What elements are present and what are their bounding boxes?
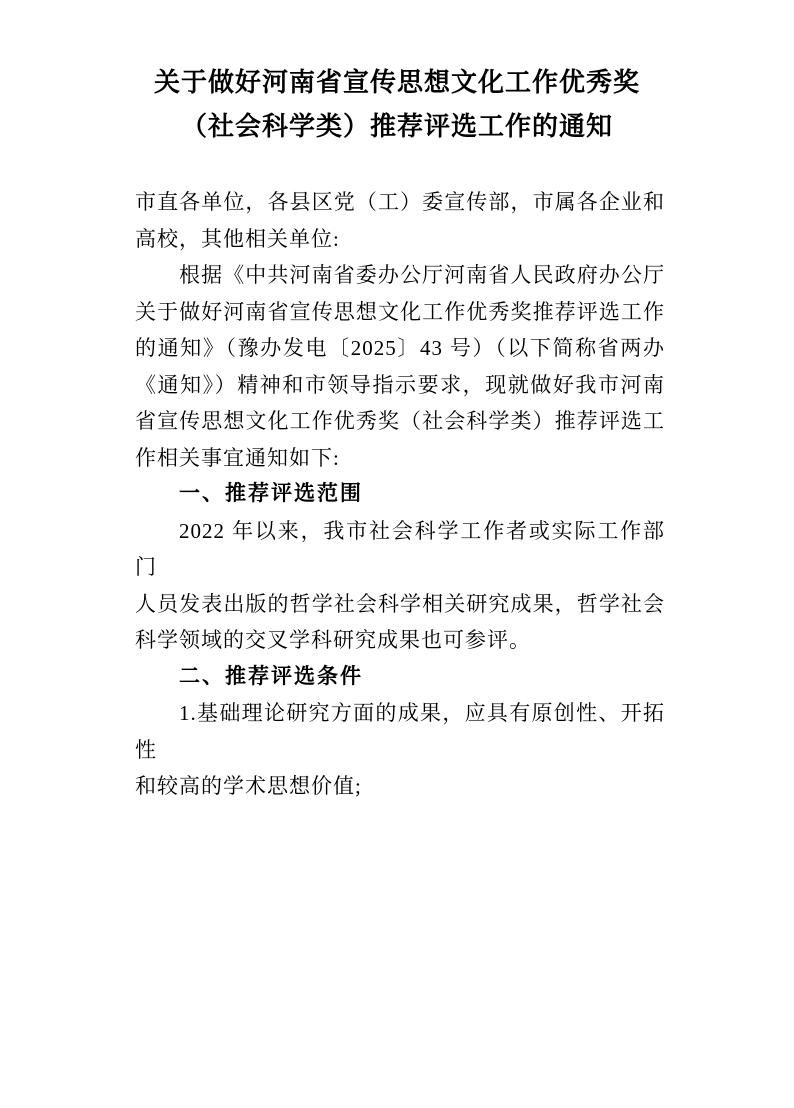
section-heading: 二、推荐评选条件 [135, 659, 665, 696]
document-line: 市直各单位，各县区党（工）委宣传部，市属各企业和 [135, 184, 665, 221]
document-line: 高校，其他相关单位: [135, 221, 665, 258]
document-title-line: （社会科学类）推荐评选工作的通知 [0, 105, 794, 149]
document-line: 《通知》）精神和市领导指示要求，现就做好我市河南 [135, 367, 665, 404]
document-title: 关于做好河南省宣传思想文化工作优秀奖 （社会科学类）推荐评选工作的通知 [0, 61, 794, 149]
document-page: 关于做好河南省宣传思想文化工作优秀奖 （社会科学类）推荐评选工作的通知 市直各单… [0, 0, 794, 1108]
document-line: 关于做好河南省宣传思想文化工作优秀奖推荐评选工作 [135, 294, 665, 331]
document-line: 2022 年以来，我市社会科学工作者或实际工作部门 [135, 513, 665, 586]
document-line: 1.基础理论研究方面的成果，应具有原创性、开拓性 [135, 695, 665, 768]
document-line: 和较高的学术思想价值; [135, 768, 665, 805]
document-line: 人员发表出版的哲学社会科学相关研究成果，哲学社会 [135, 586, 665, 623]
document-line: 作相关事宜通知如下: [135, 440, 665, 477]
document-line: 省宣传思想文化工作优秀奖（社会科学类）推荐评选工 [135, 403, 665, 440]
document-line: 的通知》（豫办发电〔2025〕43 号）（以下简称省两办 [135, 330, 665, 367]
document-body: 市直各单位，各县区党（工）委宣传部，市属各企业和高校，其他相关单位:根据《中共河… [135, 184, 665, 805]
section-heading: 一、推荐评选范围 [135, 476, 665, 513]
document-title-line: 关于做好河南省宣传思想文化工作优秀奖 [0, 61, 794, 105]
document-line: 科学领域的交叉学科研究成果也可参评。 [135, 622, 665, 659]
document-line: 根据《中共河南省委办公厅河南省人民政府办公厅 [135, 257, 665, 294]
